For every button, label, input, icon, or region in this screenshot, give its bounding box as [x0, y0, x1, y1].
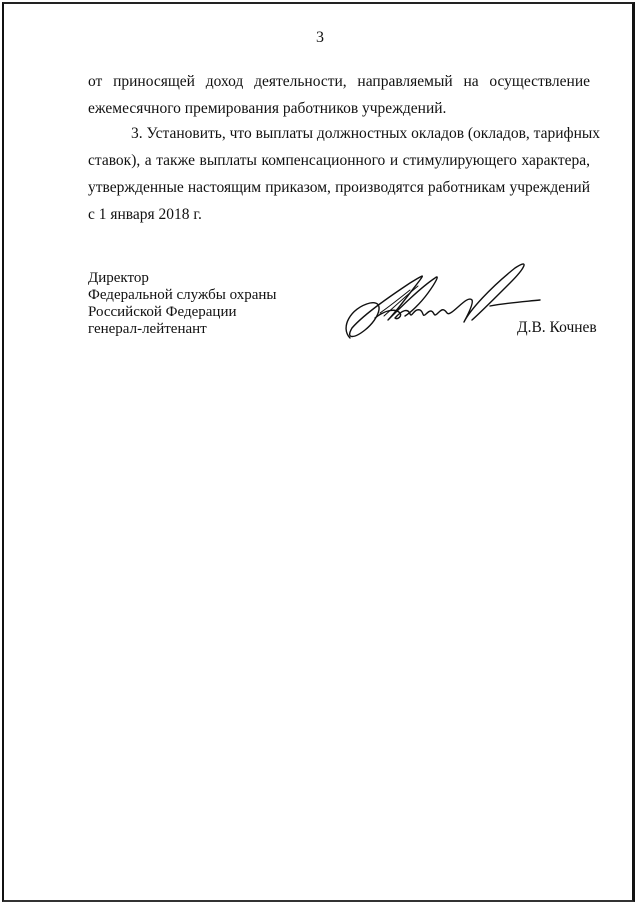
signatory-name: Д.В. Кочнев	[517, 320, 597, 336]
paragraph-line: с 1 января 2018 г.	[88, 207, 202, 223]
signatory-title-line: Директор	[88, 271, 149, 286]
signature-image	[340, 258, 550, 350]
paragraph-line: утвержденные настоящим приказом, произво…	[88, 180, 590, 196]
paragraph-line: от приносящей доход деятельности, направ…	[88, 74, 590, 90]
signatory-title-line: генерал-лейтенант	[88, 322, 207, 337]
paragraph-line: ежемесячного премирования работников учр…	[88, 101, 446, 117]
page-number: 3	[0, 30, 640, 46]
paragraph-line: 3. Установить, что выплаты должностных о…	[131, 126, 590, 142]
paragraph-line: ставок), а также выплаты компенсационног…	[88, 153, 590, 169]
signatory-title-line: Федеральной службы охраны	[88, 288, 276, 303]
signatory-title-line: Российской Федерации	[88, 305, 237, 320]
